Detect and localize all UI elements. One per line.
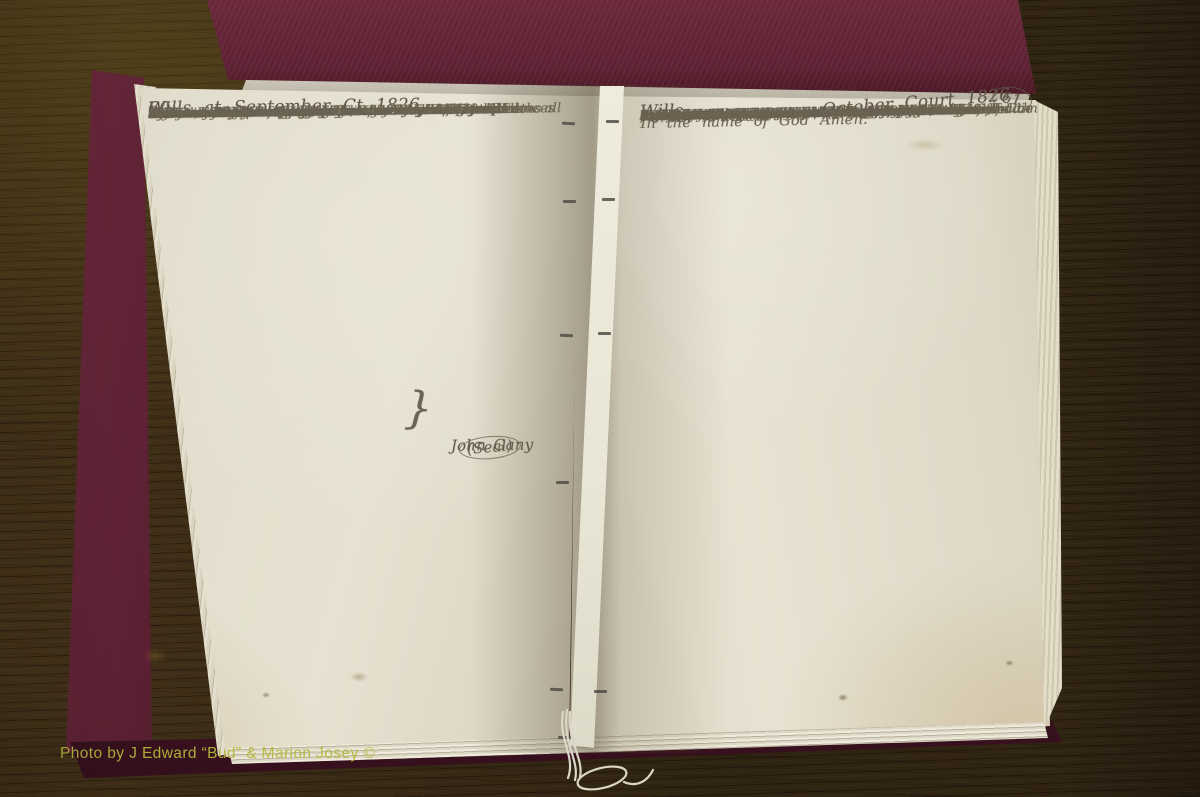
- handwritten-line: Thomas Marlow — (Jurat): [148, 101, 344, 125]
- binding-stitch: [563, 200, 576, 203]
- binding-thread: [520, 698, 690, 797]
- photographer-watermark: Photo by J Edward “Bud” & Marion Josey ©: [60, 745, 375, 763]
- witness-brace: }: [403, 382, 434, 434]
- binding-stitch: [560, 334, 573, 337]
- binding-stitch: [562, 122, 575, 126]
- binding-stitch: [606, 120, 619, 123]
- binding-stitch: [550, 688, 563, 692]
- binding-stitch: [594, 690, 607, 693]
- handwritten-line: and Jeremiah Blanton. —: [640, 105, 817, 125]
- binding-stitch: [602, 198, 615, 201]
- binding-stitch: [598, 332, 611, 335]
- binding-stitch: [556, 481, 569, 484]
- photo-scene: 60.—Wills at September Ct 1826. — above …: [0, 0, 1200, 797]
